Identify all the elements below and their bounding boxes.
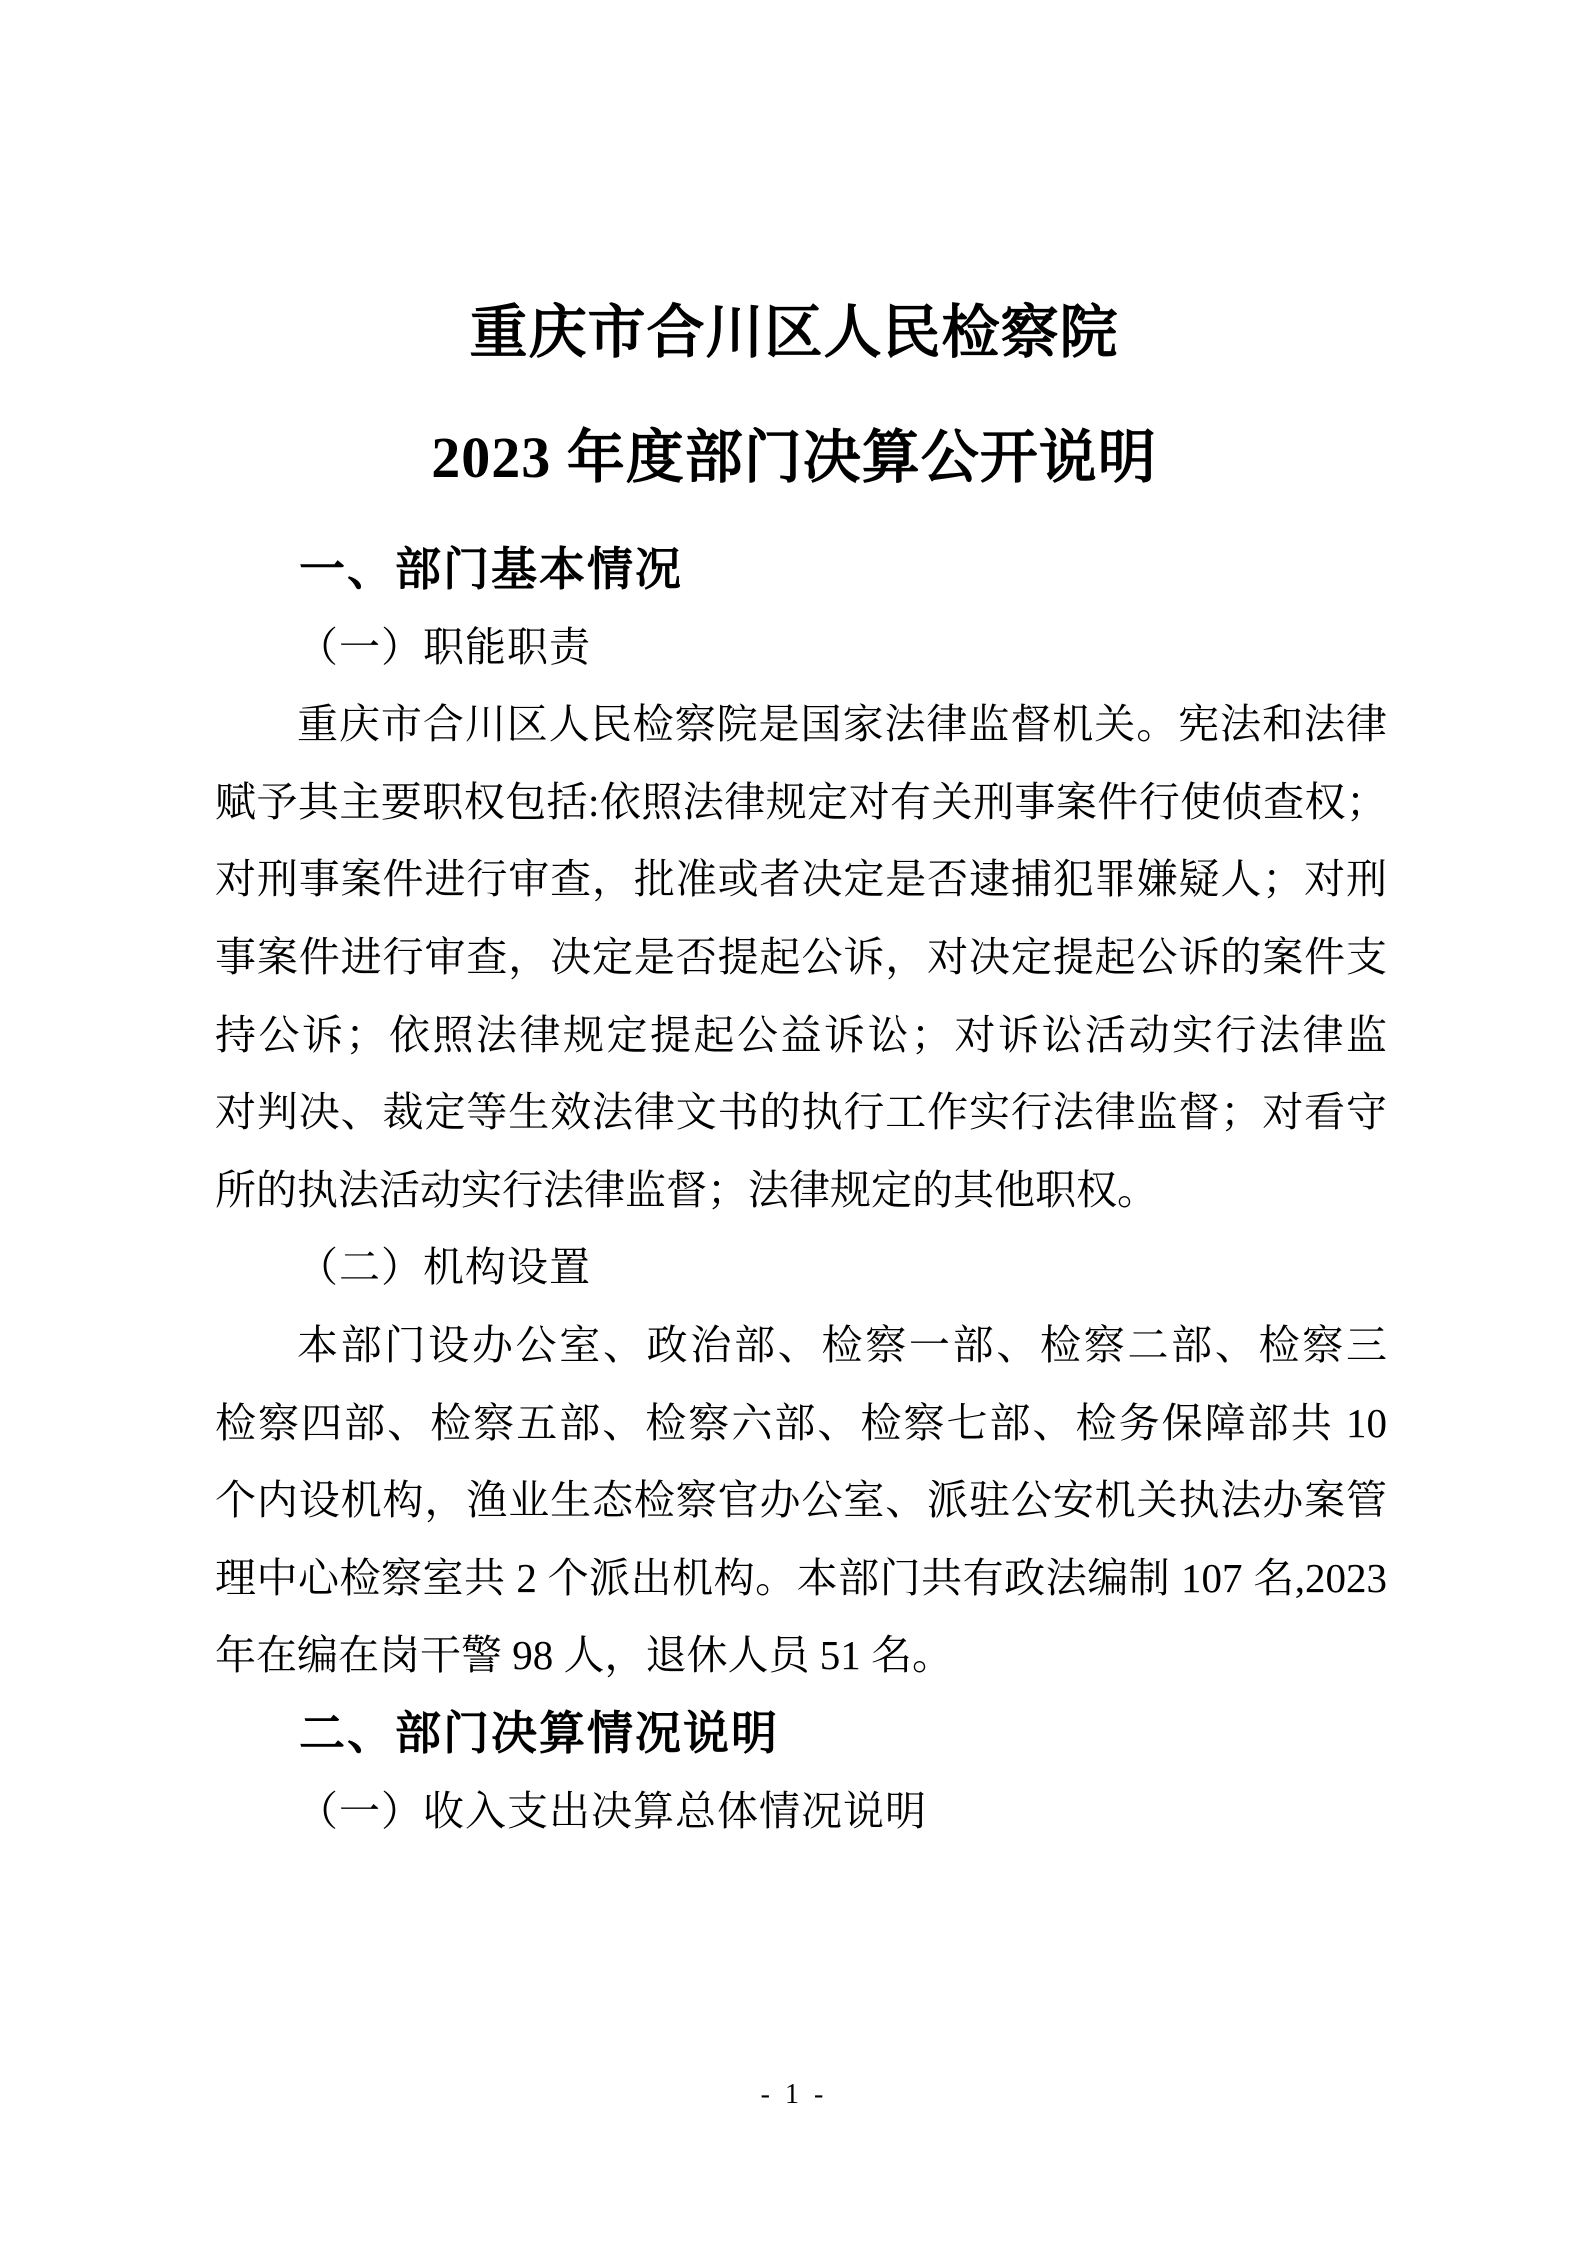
paragraph-line: 本部门设办公室、政治部、检察一部、检察二部、检察三部、 bbox=[215, 1307, 1387, 1385]
document-page: 重庆市合川区人民检察院 2023 年度部门决算公开说明 一、部门基本情况 （一）… bbox=[0, 0, 1588, 2245]
paragraph-line: 持公诉；依照法律规定提起公益诉讼；对诉讼活动实行法律监督； bbox=[215, 997, 1387, 1075]
paragraph-line: 对判决、裁定等生效法律文书的执行工作实行法律监督；对看守 bbox=[215, 1074, 1387, 1152]
paragraph-line: 对刑事案件进行审查，批准或者决定是否逮捕犯罪嫌疑人；对刑 bbox=[215, 841, 1387, 919]
paragraph-line: 所的执法活动实行法律监督；法律规定的其他职权。 bbox=[215, 1152, 1387, 1230]
title-line-1: 重庆市合川区人民检察院 bbox=[0, 270, 1588, 395]
subsection-heading-2-1: （一）收入支出决算总体情况说明 bbox=[215, 1773, 1387, 1851]
section-heading-2: 二、部门决算情况说明 bbox=[215, 1695, 1387, 1773]
paragraph-line: 检察四部、检察五部、检察六部、检察七部、检务保障部共 10 bbox=[215, 1385, 1387, 1463]
document-content: 一、部门基本情况 （一）职能职责 重庆市合川区人民检察院是国家法律监督机关。宪法… bbox=[215, 531, 1387, 1850]
paragraph-line: 重庆市合川区人民检察院是国家法律监督机关。宪法和法律 bbox=[215, 686, 1387, 764]
section-heading-1: 一、部门基本情况 bbox=[215, 531, 1387, 609]
subsection-heading-1-2: （二）机构设置 bbox=[215, 1229, 1387, 1307]
paragraph-line: 年在编在岗干警 98 人，退休人员 51 名。 bbox=[215, 1617, 1387, 1695]
document-title: 重庆市合川区人民检察院 2023 年度部门决算公开说明 bbox=[0, 270, 1588, 520]
paragraph-line: 理中心检察室共 2 个派出机构。本部门共有政法编制 107 名,2023 bbox=[215, 1540, 1387, 1618]
title-line-2: 2023 年度部门决算公开说明 bbox=[0, 395, 1588, 520]
page-number: - 1 - bbox=[0, 2078, 1588, 2112]
paragraph-line: 个内设机构，渔业生态检察官办公室、派驻公安机关执法办案管 bbox=[215, 1462, 1387, 1540]
paragraph-line: 事案件进行审查，决定是否提起公诉，对决定提起公诉的案件支 bbox=[215, 919, 1387, 997]
paragraph-line: 赋予其主要职权包括:依照法律规定对有关刑事案件行使侦查权； bbox=[215, 764, 1387, 842]
subsection-heading-1-1: （一）职能职责 bbox=[215, 609, 1387, 687]
